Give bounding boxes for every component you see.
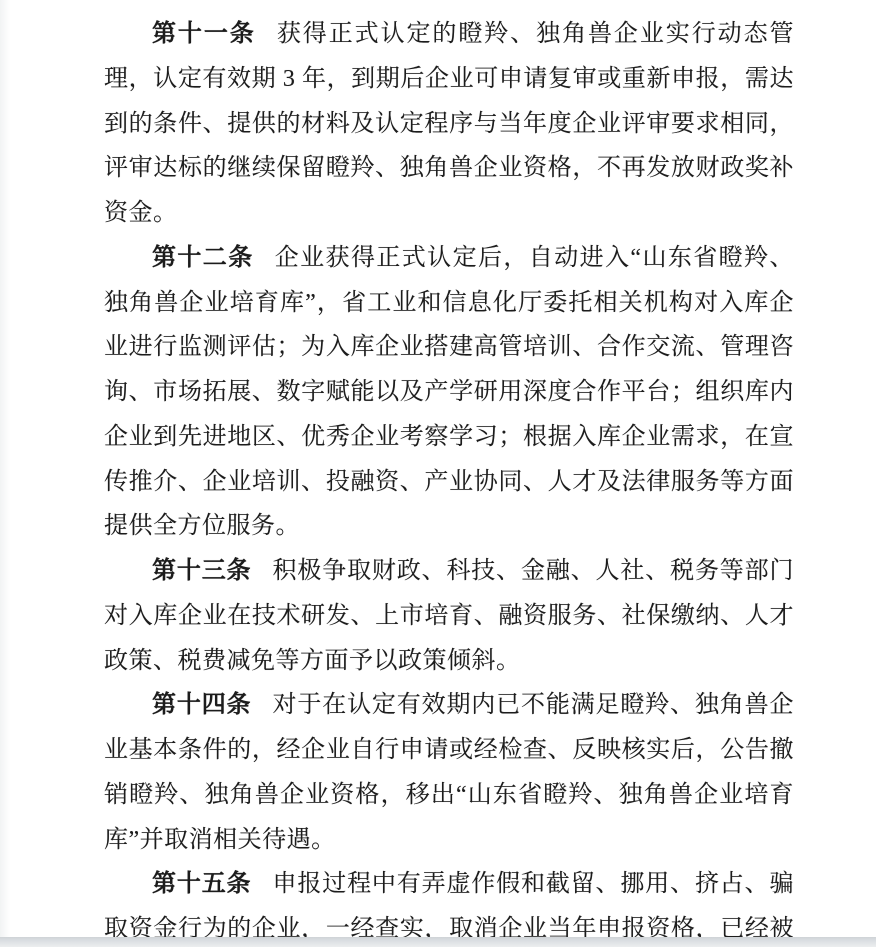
- line-text: 对于在认定有效期内已不能满足瞪羚、独角兽企: [273, 692, 795, 718]
- text-line: 第十一条获得正式认定的瞪羚、独角兽企业实行动态管: [104, 12, 794, 57]
- text-line: 库”并取消相关待遇。: [104, 818, 794, 863]
- text-line: 第十三条积极争取财政、科技、金融、人社、税务等部门: [104, 549, 794, 594]
- text-line: 第十二条企业获得正式认定后，自动进入“山东省瞪羚、: [104, 236, 794, 281]
- article-number: 第十一条: [152, 20, 256, 47]
- text-line: 政策、税费减免等方面予以政策倾斜。: [104, 639, 794, 684]
- article-number: 第十四条: [152, 691, 251, 718]
- text-column: 第十一条获得正式认定的瞪羚、独角兽企业实行动态管理，认定有效期 3 年，到期后企…: [104, 12, 794, 947]
- article-number: 第十三条: [152, 557, 251, 584]
- text-line: 第十五条申报过程中有弄虚作假和截留、挪用、挤占、骗: [104, 862, 794, 907]
- article-paragraph: 第十一条获得正式认定的瞪羚、独角兽企业实行动态管理，认定有效期 3 年，到期后企…: [104, 12, 794, 236]
- text-line: 传推介、企业培训、投融资、产业协同、人才及法律服务等方面: [104, 460, 794, 505]
- text-line: 第十四条对于在认定有效期内已不能满足瞪羚、独角兽企: [104, 683, 794, 728]
- article-number: 第十二条: [152, 244, 254, 271]
- article-paragraph: 第十二条企业获得正式认定后，自动进入“山东省瞪羚、独角兽企业培育库”，省工业和信…: [104, 236, 794, 549]
- text-line: 评审达标的继续保留瞪羚、独角兽企业资格，不再发放财政奖补: [104, 146, 794, 191]
- article-paragraph: 第十四条对于在认定有效期内已不能满足瞪羚、独角兽企业基本条件的，经企业自行申请或…: [104, 683, 794, 862]
- text-line: 销瞪羚、独角兽企业资格，移出“山东省瞪羚、独角兽企业培育: [104, 773, 794, 818]
- text-line: 提供全方位服务。: [104, 504, 794, 549]
- page-bottom-edge: [0, 937, 876, 947]
- text-line: 业进行监测评估；为入库企业搭建高管培训、合作交流、管理咨: [104, 325, 794, 370]
- article-number: 第十五条: [152, 870, 251, 897]
- text-line: 业基本条件的，经企业自行申请或经检查、反映核实后，公告撤: [104, 728, 794, 773]
- article-paragraph: 第十五条申报过程中有弄虚作假和截留、挪用、挤占、骗取资金行为的企业，一经查实，取…: [104, 862, 794, 947]
- line-text: 企业获得正式认定后，自动进入“山东省瞪羚、: [275, 245, 794, 271]
- line-text: 积极争取财政、科技、金融、人社、税务等部门: [273, 558, 795, 584]
- line-text: 申报过程中有弄虚作假和截留、挪用、挤占、骗: [273, 871, 795, 897]
- text-line: 理，认定有效期 3 年，到期后企业可申请复审或重新申报，需达: [104, 57, 794, 102]
- text-line: 资金。: [104, 191, 794, 236]
- text-line: 独角兽企业培育库”，省工业和信息化厅委托相关机构对入库企: [104, 281, 794, 326]
- text-line: 询、市场拓展、数字赋能以及产学研用深度合作平台；组织库内: [104, 370, 794, 415]
- text-line: 到的条件、提供的材料及认定程序与当年度企业评审要求相同，: [104, 102, 794, 147]
- text-line: 对入库企业在技术研发、上市培育、融资服务、社保缴纳、人才: [104, 594, 794, 639]
- line-text: 获得正式认定的瞪羚、独角兽企业实行动态管: [277, 21, 794, 47]
- document-page: 第十一条获得正式认定的瞪羚、独角兽企业实行动态管理，认定有效期 3 年，到期后企…: [0, 0, 876, 947]
- text-line: 企业到先进地区、优秀企业考察学习；根据入库企业需求，在宣: [104, 415, 794, 460]
- article-paragraph: 第十三条积极争取财政、科技、金融、人社、税务等部门对入库企业在技术研发、上市培育…: [104, 549, 794, 683]
